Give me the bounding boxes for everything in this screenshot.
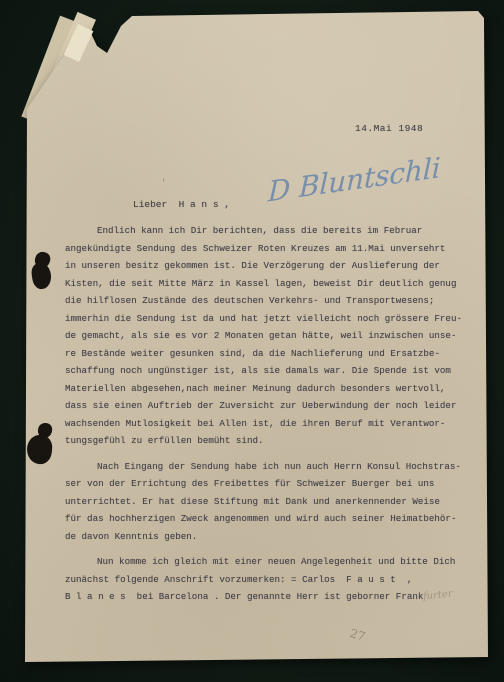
letter-sheet-wrapper: 14.Mai 1948 D Bluntschli ' Lieber H a n … xyxy=(0,0,504,682)
letter-body-line: wachsenden Mutlosigkeit bei Allen ist, d… xyxy=(65,415,475,433)
ink-blot xyxy=(26,434,54,465)
letter-body-line: ser von der Errichtung des Freibettes fü… xyxy=(65,475,475,493)
letter-date: 14.Mai 1948 xyxy=(355,123,423,134)
stray-mark: ' xyxy=(161,178,166,188)
letter-paragraph: Endlich kann ich Dir berichten, dass die… xyxy=(65,222,475,450)
letter-body-line: die hilflosen Zustände des deutschen Ver… xyxy=(65,292,475,310)
letter-body-line: für das hochherzigen Zweck angenommen un… xyxy=(65,510,475,528)
letter-body-line: re Bestände weiter gesunken sind, da die… xyxy=(65,345,475,363)
letter-sheet: 14.Mai 1948 D Bluntschli ' Lieber H a n … xyxy=(25,10,488,662)
letter-body-line: tungsgefühl zu erfüllen bemüht sind. xyxy=(65,432,475,450)
letter-body-line: unterrichtet. Er hat diese Stiftung mit … xyxy=(65,493,475,511)
letter-paragraph: Nun komme ich gleich mit einer neuen Ang… xyxy=(65,553,475,606)
letter-body: Endlich kann ich Dir berichten, dass die… xyxy=(65,222,475,606)
letter-body-line: Endlich kann ich Dir berichten, dass die… xyxy=(65,222,475,240)
letter-body-line: Materiellen abgesehen,nach meiner Meinun… xyxy=(65,380,475,398)
letter-body-line: immerhin die Sendung ist da und hat jetz… xyxy=(65,310,475,328)
letter-body-line: Nun komme ich gleich mit einer neuen Ang… xyxy=(65,553,475,571)
letter-body-line: de davon Kenntnis geben. xyxy=(65,528,475,546)
letter-paragraph: Nach Eingang der Sendung habe ich nun au… xyxy=(65,458,475,546)
letter-body-line: B l a n e s bei Barcelona . Der genannte… xyxy=(65,588,475,606)
letter-body-line: Kisten, die seit Mitte März in Kassel la… xyxy=(65,275,475,293)
letter-body-line: dass sie einen Auftrieb der Zuversicht z… xyxy=(65,397,475,415)
pencil-page-number: 27 xyxy=(348,626,367,644)
letter-body-line: de gemacht, als sie es vor 2 Monaten get… xyxy=(65,327,475,345)
handwritten-name-annotation: D Bluntschli xyxy=(267,144,486,208)
ink-blot xyxy=(30,262,52,290)
letter-body-line: angekündigte Sendung des Schweizer Roten… xyxy=(65,240,475,258)
letter-body-line: schaffung noch ungünstiger ist, als sie … xyxy=(65,362,475,380)
letter-body-line: in unseren besitz gekommen ist. Die Verz… xyxy=(65,257,475,275)
letter-salutation: Lieber H a n s , xyxy=(133,199,230,210)
letter-body-line: zunächst folgende Anschrift vorzumerken:… xyxy=(65,571,475,589)
letter-body-line: Nach Eingang der Sendung habe ich nun au… xyxy=(65,458,475,476)
